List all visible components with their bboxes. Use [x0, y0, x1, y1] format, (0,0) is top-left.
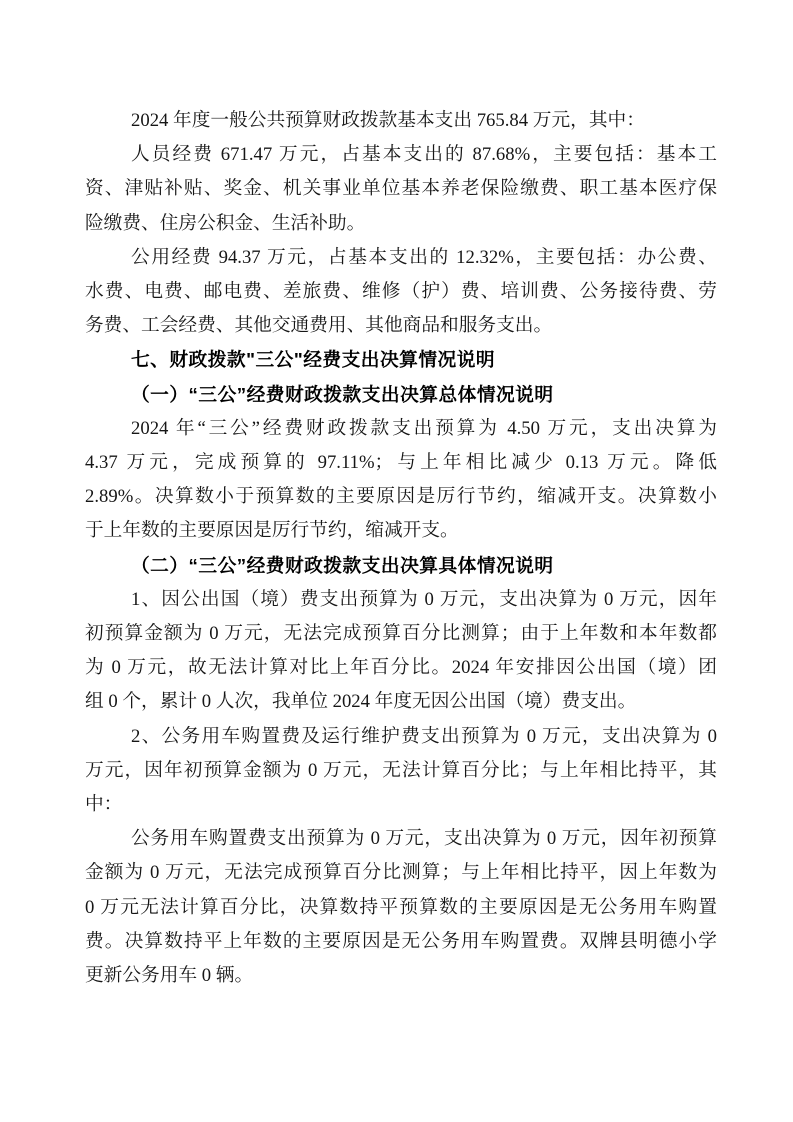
heading-line: 七、财政拨款"三公"经费支出决算情况说明 [85, 343, 717, 377]
text-line: 1、因公出国（境）费支出预算为 0 万元，支出决算为 0 万元，因年 [85, 583, 717, 617]
paragraph: 公用经费 94.37 万元，占基本支出的 12.32%，主要包括：办公费、水费、… [85, 241, 717, 344]
text-line: 4.37 万元，完成预算的 97.11%；与上年相比减少 0.13 万元。降低 [85, 446, 717, 480]
text-line: 水费、电费、邮电费、差旅费、维修（护）费、培训费、公务接待费、劳 [85, 275, 717, 309]
section-heading: 七、财政拨款"三公"经费支出决算情况说明 [85, 343, 717, 377]
paragraph: 2024 年度一般公共预算财政拨款基本支出 765.84 万元，其中： [85, 104, 717, 138]
text-line: 更新公务用车 0 辆。 [85, 959, 717, 993]
heading-line: （二）“三公”经费财政拨款支出决算具体情况说明 [85, 549, 717, 583]
text-line: 2024 年“三公”经费财政拨款支出预算为 4.50 万元，支出决算为 [85, 412, 717, 446]
text-line: 0 万元无法计算百分比，决算数持平预算数的主要原因是无公务用车购置 [85, 891, 717, 925]
text-line: 2.89%。决算数小于预算数的主要原因是厉行节约，缩减开支。决算数小 [85, 480, 717, 514]
document-page: 2024 年度一般公共预算财政拨款基本支出 765.84 万元，其中：人员经费 … [0, 0, 793, 1122]
text-line: 公务用车购置费支出预算为 0 万元，支出决算为 0 万元，因年初预算 [85, 822, 717, 856]
paragraph: 2、公务用车购置费及运行维护费支出预算为 0 万元，支出决算为 0万元，因年初预… [85, 720, 717, 823]
heading-line: （一）“三公”经费财政拨款支出决算总体情况说明 [85, 378, 717, 412]
text-line: 初预算金额为 0 万元，无法完成预算百分比测算；由于上年数和本年数都 [85, 617, 717, 651]
paragraph: 1、因公出国（境）费支出预算为 0 万元，支出决算为 0 万元，因年初预算金额为… [85, 583, 717, 720]
section-heading: （二）“三公”经费财政拨款支出决算具体情况说明 [85, 549, 717, 583]
text-line: 资、津贴补贴、奖金、机关事业单位基本养老保险缴费、职工基本医疗保 [85, 172, 717, 206]
text-line: 万元，因年初预算金额为 0 万元，无法计算百分比；与上年相比持平，其 [85, 754, 717, 788]
text-line: 费。决算数持平上年数的主要原因是无公务用车购置费。双牌县明德小学 [85, 925, 717, 959]
paragraph: 人员经费 671.47 万元，占基本支出的 87.68%，主要包括：基本工资、津… [85, 138, 717, 241]
document-body: 2024 年度一般公共预算财政拨款基本支出 765.84 万元，其中：人员经费 … [85, 104, 717, 993]
text-line: 险缴费、住房公积金、生活补助。 [85, 207, 717, 241]
text-line: 金额为 0 万元，无法完成预算百分比测算；与上年相比持平，因上年数为 [85, 856, 717, 890]
text-line: 中： [85, 788, 717, 822]
text-line: 于上年数的主要原因是厉行节约，缩减开支。 [85, 514, 717, 548]
text-line: 2024 年度一般公共预算财政拨款基本支出 765.84 万元，其中： [85, 104, 717, 138]
text-line: 2、公务用车购置费及运行维护费支出预算为 0 万元，支出决算为 0 [85, 720, 717, 754]
text-line: 人员经费 671.47 万元，占基本支出的 87.68%，主要包括：基本工 [85, 138, 717, 172]
text-line: 公用经费 94.37 万元，占基本支出的 12.32%，主要包括：办公费、 [85, 241, 717, 275]
text-line: 为 0 万元，故无法计算对比上年百分比。2024 年安排因公出国（境）团 [85, 651, 717, 685]
paragraph: 2024 年“三公”经费财政拨款支出预算为 4.50 万元，支出决算为4.37 … [85, 412, 717, 549]
text-line: 务费、工会经费、其他交通费用、其他商品和服务支出。 [85, 309, 717, 343]
text-line: 组 0 个，累计 0 人次，我单位 2024 年度无因公出国（境）费支出。 [85, 685, 717, 719]
paragraph: 公务用车购置费支出预算为 0 万元，支出决算为 0 万元，因年初预算金额为 0 … [85, 822, 717, 993]
section-heading: （一）“三公”经费财政拨款支出决算总体情况说明 [85, 378, 717, 412]
